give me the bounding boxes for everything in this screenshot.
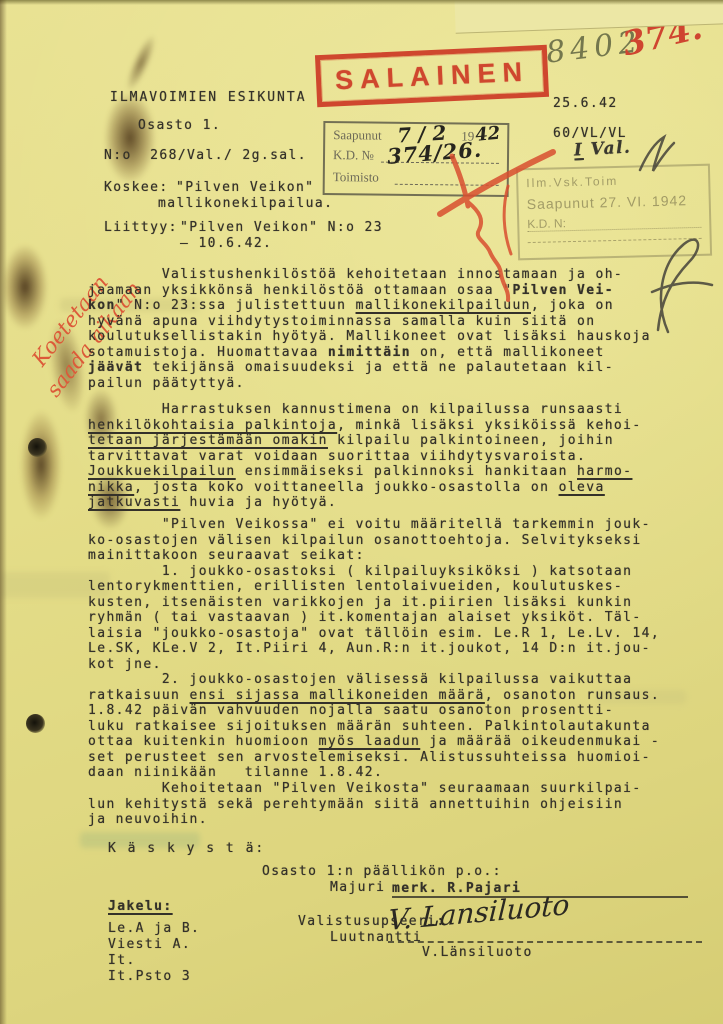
signature-underline xyxy=(388,941,702,943)
liittyy-label: Liittyy: xyxy=(104,220,178,236)
majuri-label: Majuri xyxy=(330,880,385,896)
koskee-label: Koskee: xyxy=(104,180,169,196)
faint-stamp-rule xyxy=(528,238,702,243)
faint-stamp-date: Saapunut 27. VI. 1942 xyxy=(527,192,701,212)
punch-hole xyxy=(26,714,45,733)
koskee-value-2: mallikonekilpailua. xyxy=(158,196,333,212)
arrival-stamp-saapunut: Saapunut xyxy=(333,127,382,143)
arrival-stamp-toimisto-label: Toimisto xyxy=(333,169,379,185)
jakelu-item-4: It.Psto 3 xyxy=(108,969,191,985)
punch-hole xyxy=(28,438,47,457)
typed-signature-name: V.Länsiluoto xyxy=(422,945,533,961)
paragraph-4: Kehoitetaan "Pilven Veikosta" seuraamaan… xyxy=(88,781,700,828)
handwritten-val-note: I Val. xyxy=(574,141,632,159)
salainen-secret-stamp: SALAINEN xyxy=(315,45,549,107)
dept-line: Osasto 1. xyxy=(138,118,221,134)
koskee-value: "Pilven Veikon" xyxy=(176,180,314,196)
ink-stain xyxy=(20,410,62,520)
paragraph-3: "Pilven Veikossa" ei voitu määritellä ta… xyxy=(88,517,700,781)
paragraph-2: Harrastuksen kannustimena on kilpailussa… xyxy=(88,402,700,511)
jakelu-item-3: It. xyxy=(108,953,136,969)
ink-stain xyxy=(121,31,161,94)
scanned-document-page: SALAINEN 358. 8402 374. ILMAVOIMIEN ESIK… xyxy=(0,0,723,1024)
ink-stain xyxy=(104,92,156,184)
org-name: ILMAVOIMIEN ESIKUNTA xyxy=(110,90,307,106)
faint-stamp-kd: K.D. N: xyxy=(527,213,701,232)
paragraph-1: Valistushenkilöstöä kehoitetaan innostam… xyxy=(88,267,700,391)
liittyy-value: "Pilven Veikon" N:o 23 xyxy=(180,220,383,236)
faint-arrival-stamp: Ilm.Vsk.Toim Saapunut 27. VI. 1942 K.D. … xyxy=(516,164,712,261)
liittyy-value-2: – 10.6.42. xyxy=(180,236,272,252)
ink-stain xyxy=(2,244,48,330)
arrival-stamp-box: Saapunut 7 / 2 19 42 K.D. № 374/26. Toim… xyxy=(323,121,510,197)
faint-stamp-office: Ilm.Vsk.Toim xyxy=(526,172,700,190)
arrival-stamp-toimisto-line xyxy=(395,184,499,186)
kaskysta-line: K ä s k y s t ä: xyxy=(108,841,265,857)
document-number: N:o 268/Val./ 2g.sal. xyxy=(104,148,307,164)
jakelu-item-2: Viesti A. xyxy=(108,937,191,953)
document-date: 25.6.42 xyxy=(553,96,618,112)
arrival-stamp-kd-label: K.D. № xyxy=(333,147,374,163)
jakelu-label: Jakelu: xyxy=(108,899,173,915)
jakelu-item-1: Le.A ja B. xyxy=(108,921,200,937)
